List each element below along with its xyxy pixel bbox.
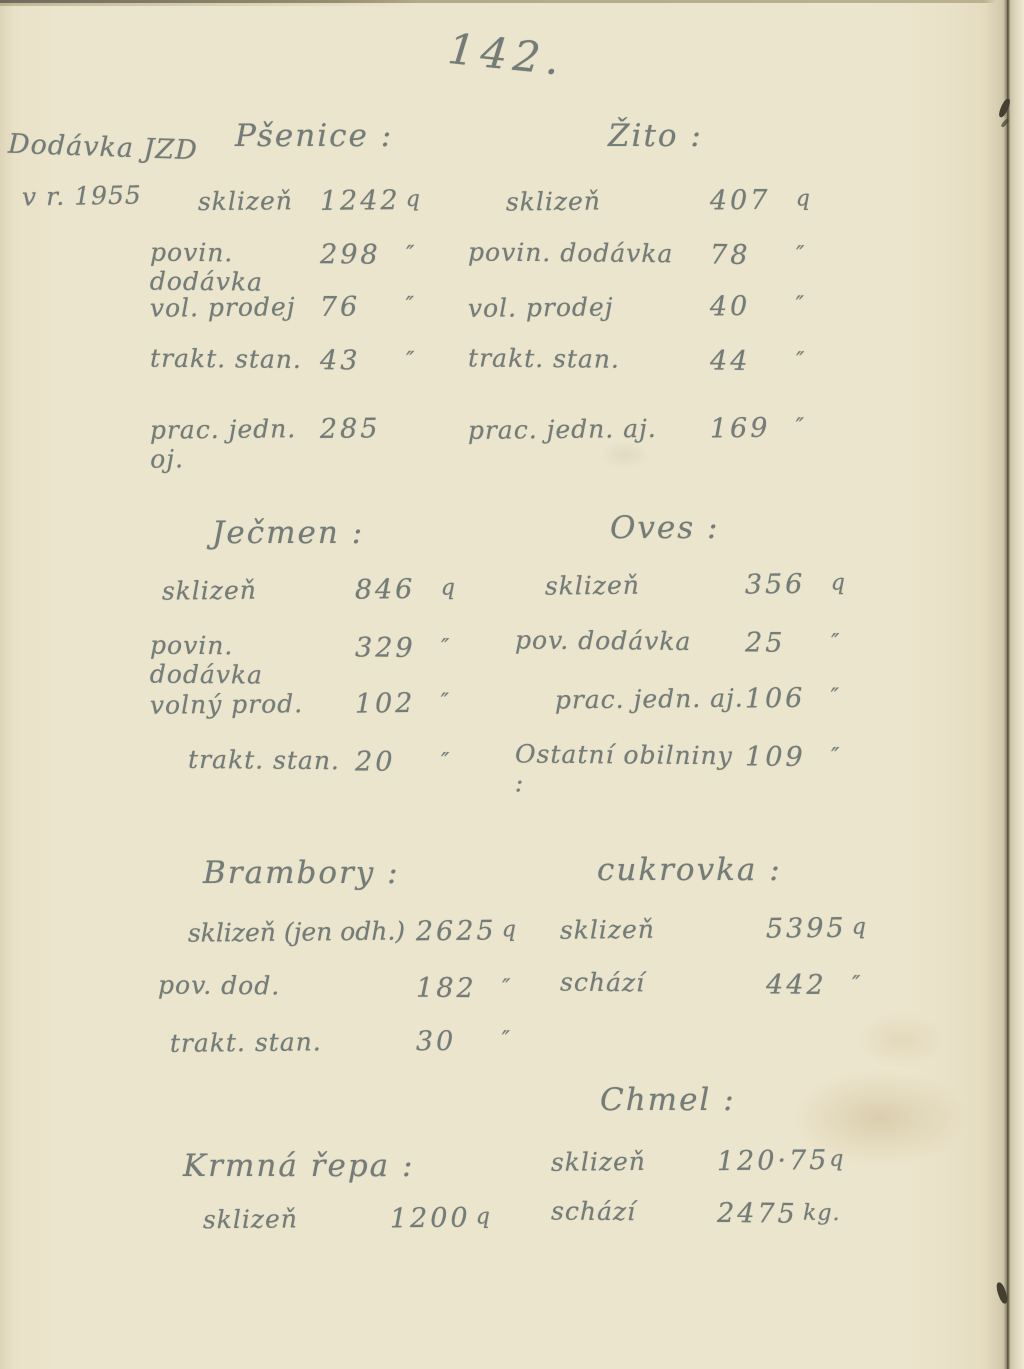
- record-unit: q: [831, 568, 846, 595]
- page-number: 142.: [446, 24, 568, 85]
- record-row: prac. jedn. aj.169″: [468, 412, 829, 469]
- record-value: 20: [355, 746, 441, 778]
- record-label: schází: [545, 1196, 717, 1226]
- record-row: vol. prodej40″: [468, 290, 829, 347]
- record-value: 329: [355, 632, 441, 664]
- section-sugar-beet: cukrovka : sklizeň5395q schází442″: [552, 850, 902, 1024]
- record-value: 1200: [390, 1202, 476, 1234]
- section-rows: sklizeň407q povin. dodávka78″ vol. prode…: [468, 186, 828, 467]
- section-title: Žito :: [608, 116, 703, 156]
- record-label: sklizeň: [545, 1146, 717, 1177]
- record-row: trakt. stan.44″: [468, 343, 828, 399]
- record-label: sklizeň: [468, 185, 710, 217]
- record-label: povin. dodávka: [150, 631, 355, 691]
- record-value: 356: [745, 569, 831, 601]
- record-value: 5395: [766, 913, 852, 945]
- record-value: 120·75: [717, 1145, 830, 1177]
- record-unit: ″: [502, 973, 511, 1000]
- record-label: sklizeň: [515, 569, 745, 600]
- record-value: 30: [416, 1025, 502, 1057]
- record-row: sklizeň1200q: [148, 1202, 509, 1259]
- section-rows: sklizeň846q povin. dodávka329″ volný pro…: [150, 575, 480, 803]
- record-value: 109: [745, 741, 831, 773]
- record-value: 2625: [416, 915, 502, 947]
- record-value: 2475: [717, 1198, 803, 1230]
- record-unit: ″: [852, 970, 861, 997]
- record-row: trakt. stan.20″: [150, 745, 480, 805]
- record-value: 44: [710, 346, 796, 378]
- section-title: Oves :: [610, 508, 719, 548]
- section-fodder-beet: Krmná řepa : sklizeň1200q: [148, 1146, 508, 1257]
- record-value: 169: [710, 412, 796, 444]
- record-row: schází442″: [552, 967, 902, 1025]
- section-title: Ječmen :: [212, 513, 364, 553]
- record-unit: q: [852, 913, 867, 940]
- record-value: 43: [320, 345, 406, 377]
- record-unit: ″: [406, 291, 416, 318]
- section-rye: Žito : sklizeň407q povin. dodávka78″ vol…: [468, 116, 828, 467]
- record-unit: ″: [406, 240, 415, 267]
- record-row: sklizeň407q: [468, 184, 829, 241]
- record-value: 1242: [320, 185, 406, 217]
- section-barley: Ječmen : sklizeň846q povin. dodávka329″ …: [150, 513, 480, 803]
- page-top-edge-shadow: [0, 3, 420, 6]
- record-unit: ″: [831, 742, 840, 769]
- record-label: trakt. stan.: [150, 344, 320, 374]
- record-row: prac. jedn. oj.285: [150, 412, 471, 468]
- record-row: sklizeň846q: [150, 573, 481, 633]
- record-label: sklizeň: [150, 575, 355, 606]
- record-row: povin. dodávka78″: [468, 237, 828, 293]
- record-unit: q: [441, 574, 456, 601]
- record-value: 78: [710, 240, 796, 272]
- record-row: sklizeň120·75q: [545, 1144, 906, 1200]
- record-value: 25: [745, 627, 831, 659]
- record-row: povin. dodávka329″: [150, 631, 480, 691]
- record-unit: ″: [441, 747, 450, 774]
- section-rows: sklizeň1200q: [148, 1204, 508, 1257]
- record-unit: ″: [406, 346, 415, 373]
- record-label: prac. jedn. aj.: [468, 413, 710, 445]
- record-row: trakt. stan.43″: [150, 344, 470, 400]
- section-wheat: Pšenice : sklizeň1242q povin. dodávka298…: [150, 116, 470, 467]
- record-value: 76: [320, 291, 406, 323]
- section-title: Brambory :: [203, 853, 400, 893]
- section-rows: sklizeň1242q povin. dodávka298″ vol. pro…: [150, 186, 470, 467]
- record-value: 407: [710, 184, 796, 216]
- record-label: trakt. stan.: [158, 1026, 416, 1058]
- record-unit: ″: [796, 412, 806, 439]
- record-row: pov. dod.182″: [158, 970, 538, 1028]
- record-unit: ″: [441, 688, 451, 715]
- record-value: 442: [766, 969, 852, 1001]
- section-rows: sklizeň356q pov. dodávka25″ prac. jedn. …: [515, 570, 875, 798]
- record-row: Ostatní obilniny :109″: [515, 739, 875, 799]
- record-label: vol. prodej: [468, 291, 710, 323]
- record-unit: ″: [831, 628, 840, 655]
- section-rows: sklizeň120·75q schází2475kg.: [545, 1146, 905, 1250]
- record-value: 285: [320, 413, 406, 445]
- section-rows: sklizeň (jen odh.)2625q pov. dod.182″ tr…: [158, 917, 538, 1082]
- section-hops: Chmel : sklizeň120·75q schází2475kg.: [545, 1080, 905, 1250]
- record-row: schází2475kg.: [545, 1196, 905, 1251]
- record-unit: ″: [796, 346, 805, 373]
- section-title: cukrovka :: [597, 850, 782, 890]
- section-oats: Oves : sklizeň356q pov. dodávka25″ prac.…: [515, 508, 875, 798]
- record-value: 102: [355, 688, 441, 720]
- record-label: pov. dodávka: [515, 625, 745, 656]
- section-potatoes: Brambory : sklizeň (jen odh.)2625q pov. …: [158, 853, 538, 1082]
- record-label: prac. jedn. aj.: [515, 683, 745, 714]
- record-value: 106: [745, 683, 831, 715]
- record-label: trakt. stan.: [468, 343, 710, 374]
- record-row: sklizeň5395q: [552, 912, 903, 971]
- section-title: Krmná řepa :: [183, 1146, 414, 1186]
- binding-page-edge: [984, 0, 1024, 1369]
- record-label: trakt. stan.: [150, 745, 355, 776]
- record-unit: ″: [831, 682, 841, 709]
- record-label: sklizeň: [150, 186, 320, 217]
- chronicle-page: 142. Dodávka JZD v r. 1955 Pšenice : skl…: [0, 0, 1024, 1369]
- record-value: 40: [710, 290, 796, 322]
- record-value: 298: [320, 239, 406, 271]
- record-label: sklizeň (jen odh.): [158, 916, 416, 948]
- record-unit: ″: [441, 633, 450, 660]
- record-label: vol. prodej: [150, 292, 320, 323]
- record-label: volný prod.: [150, 689, 355, 720]
- section-title: Chmel :: [600, 1080, 736, 1120]
- record-label: sklizeň: [552, 914, 766, 945]
- record-unit: q: [406, 185, 421, 212]
- record-row: pov. dodávka25″: [515, 625, 875, 685]
- record-label: pov. dod.: [158, 970, 416, 1001]
- record-label: povin. dodávka: [468, 237, 710, 268]
- record-label: sklizeň: [148, 1203, 390, 1235]
- record-row: prac. jedn. aj.106″: [515, 682, 876, 743]
- record-value: 846: [355, 574, 441, 606]
- record-unit: ″: [796, 290, 806, 317]
- section-title: Pšenice :: [235, 116, 393, 156]
- section-rows: sklizeň5395q schází442″: [552, 914, 902, 1024]
- record-row: volný prod.102″: [150, 687, 481, 747]
- record-label: Ostatní obilniny :: [515, 739, 745, 799]
- record-label: povin. dodávka: [150, 238, 320, 297]
- record-row: povin. dodávka298″: [150, 238, 470, 294]
- record-row: sklizeň1242q: [150, 184, 471, 240]
- record-unit: q: [502, 915, 517, 942]
- record-row: trakt. stan.30″: [158, 1025, 539, 1084]
- record-label: schází: [552, 967, 766, 998]
- record-unit: kg.: [803, 1199, 841, 1226]
- record-row: sklizeň (jen odh.)2625q: [158, 915, 539, 974]
- record-row: vol. prodej76″: [150, 290, 471, 346]
- record-unit: ″: [502, 1025, 512, 1052]
- record-label: prac. jedn. oj.: [150, 414, 321, 474]
- record-unit: q: [829, 1145, 844, 1172]
- record-unit: q: [476, 1202, 491, 1229]
- record-value: 182: [416, 973, 502, 1005]
- record-unit: ″: [796, 240, 805, 267]
- record-row: sklizeň356q: [515, 568, 876, 629]
- record-unit: q: [796, 184, 811, 211]
